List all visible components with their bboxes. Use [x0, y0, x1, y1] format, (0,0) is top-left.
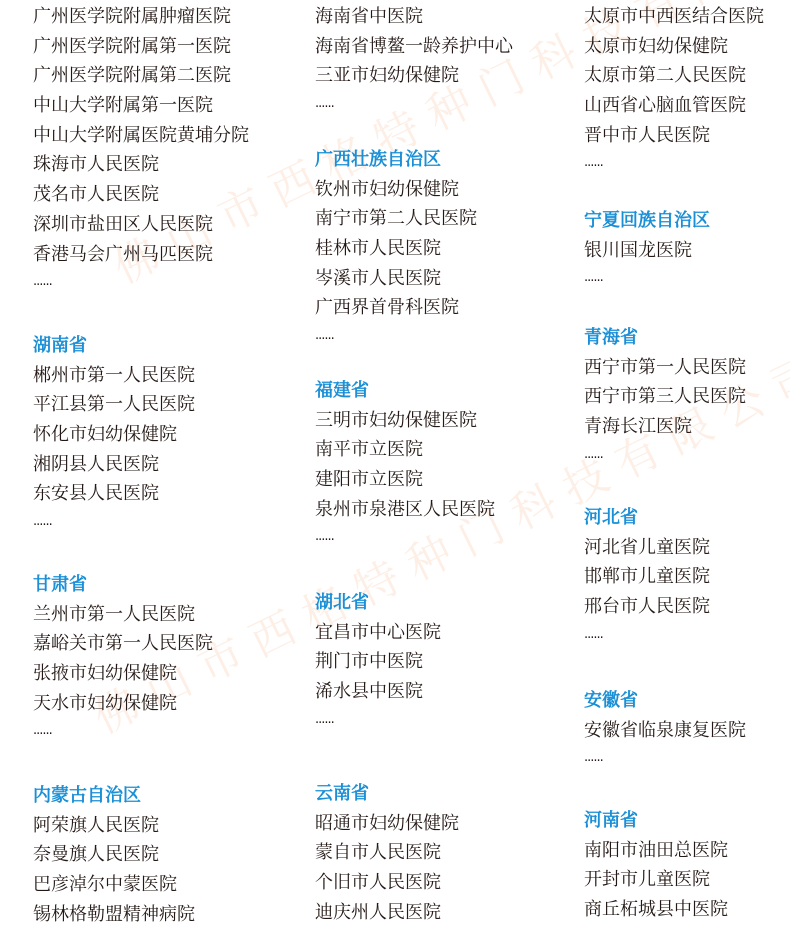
list-item: 海南省中医院 — [315, 2, 575, 32]
section-henan: 河南省 南阳市油田总医院 开封市儿童医院 商丘柘城县中医院 — [584, 806, 790, 925]
list-item: 三明市妇幼保健医院 — [315, 406, 575, 436]
more-ellipsis: ...... — [584, 442, 790, 472]
list-item: 商丘柘城县中医院 — [584, 895, 790, 925]
section-hainan: 海南省中医院 海南省博鳌一龄养护中心 三亚市妇幼保健院 ...... — [315, 2, 575, 121]
section-fujian: 福建省 三明市妇幼保健医院 南平市立医院 建阳市立医院 泉州市泉港区人民医院 .… — [315, 376, 575, 554]
list-item: 锡林格勒盟精神病院 — [33, 900, 293, 928]
province-heading: 湖北省 — [315, 588, 575, 618]
list-item: 南宁市第二人民医院 — [315, 204, 575, 234]
list-item: 广西界首骨科医院 — [315, 293, 575, 323]
list-item: 太原市第二人民医院 — [584, 61, 790, 91]
list-item: 开封市儿童医院 — [584, 865, 790, 895]
list-item: 西宁市第三人民医院 — [584, 382, 790, 412]
list-item: 青海长江医院 — [584, 412, 790, 442]
list-item: 张掖市妇幼保健院 — [33, 659, 293, 689]
list-item: 蒙自市人民医院 — [315, 838, 575, 868]
list-item: 迪庆州人民医院 — [315, 898, 575, 928]
list-item: 怀化市妇幼保健院 — [33, 420, 293, 450]
list-item: 太原市中西医结合医院 — [584, 2, 790, 32]
province-heading: 宁夏回族自治区 — [584, 206, 790, 236]
list-item: 邢台市人民医院 — [584, 592, 790, 622]
more-ellipsis: ...... — [584, 745, 790, 775]
list-item: 桂林市人民医院 — [315, 234, 575, 264]
list-item: 中山大学附属第一医院 — [33, 91, 293, 121]
list-item: 泉州市泉港区人民医院 — [315, 495, 575, 525]
list-item: 个旧市人民医院 — [315, 868, 575, 898]
list-item: 太原市妇幼保健院 — [584, 32, 790, 62]
list-item: 银川国龙医院 — [584, 236, 790, 266]
list-item: 平江县第一人民医院 — [33, 390, 293, 420]
list-item: 阿荣旗人民医院 — [33, 811, 293, 841]
list-item: 西宁市第一人民医院 — [584, 353, 790, 383]
list-item: 南阳市油田总医院 — [584, 836, 790, 866]
list-item: 湘阴县人民医院 — [33, 450, 293, 480]
list-item: 建阳市立医院 — [315, 465, 575, 495]
list-item: 广州医学院附属第一医院 — [33, 32, 293, 62]
section-qinghai: 青海省 西宁市第一人民医院 西宁市第三人民医院 青海长江医院 ...... — [584, 323, 790, 471]
more-ellipsis: ...... — [315, 323, 575, 353]
section-inner-mongolia: 内蒙古自治区 阿荣旗人民医院 奈曼旗人民医院 巴彦淖尔中蒙医院 锡林格勒盟精神病… — [33, 781, 293, 928]
list-item: 山西省心脑血管医院 — [584, 91, 790, 121]
province-heading: 甘肃省 — [33, 570, 293, 600]
list-item: 宜昌市中心医院 — [315, 618, 575, 648]
section-shanxi: 太原市中西医结合医院 太原市妇幼保健院 太原市第二人民医院 山西省心脑血管医院 … — [584, 2, 790, 180]
province-heading: 内蒙古自治区 — [33, 781, 293, 811]
list-item: 珠海市人民医院 — [33, 150, 293, 180]
list-item: 兰州市第一人民医院 — [33, 600, 293, 630]
list-item: 广州医学院附属肿瘤医院 — [33, 2, 293, 32]
section-anhui: 安徽省 安徽省临泉康复医院 ...... — [584, 686, 790, 775]
list-item: 天水市妇幼保健院 — [33, 689, 293, 719]
section-hebei: 河北省 河北省儿童医院 邯郸市儿童医院 邢台市人民医院 ...... — [584, 503, 790, 651]
list-item: 安徽省临泉康复医院 — [584, 716, 790, 746]
list-item: 浠水县中医院 — [315, 677, 575, 707]
more-ellipsis: ...... — [33, 509, 293, 539]
list-item: 钦州市妇幼保健院 — [315, 175, 575, 205]
section-gansu: 甘肃省 兰州市第一人民医院 嘉峪关市第一人民医院 张掖市妇幼保健院 天水市妇幼保… — [33, 570, 293, 748]
province-heading: 河北省 — [584, 503, 790, 533]
more-ellipsis: ...... — [315, 91, 575, 121]
province-heading: 湖南省 — [33, 331, 293, 361]
list-item: 巴彦淖尔中蒙医院 — [33, 870, 293, 900]
list-item: 广州医学院附属第二医院 — [33, 61, 293, 91]
list-item: 河北省儿童医院 — [584, 533, 790, 563]
list-item: 昭通市妇幼保健院 — [315, 809, 575, 839]
more-ellipsis: ...... — [584, 622, 790, 652]
list-item: 郴州市第一人民医院 — [33, 361, 293, 391]
list-item: 邯郸市儿童医院 — [584, 562, 790, 592]
section-hunan: 湖南省 郴州市第一人民医院 平江县第一人民医院 怀化市妇幼保健院 湘阴县人民医院… — [33, 331, 293, 539]
list-item: 茂名市人民医院 — [33, 180, 293, 210]
list-item: 南平市立医院 — [315, 435, 575, 465]
list-item: 香港马会广州马匹医院 — [33, 240, 293, 270]
province-heading: 福建省 — [315, 376, 575, 406]
province-heading: 广西壮族自治区 — [315, 145, 575, 175]
list-item: 奈曼旗人民医院 — [33, 840, 293, 870]
more-ellipsis: ...... — [315, 524, 575, 554]
list-item: 中山大学附属医院黄埔分院 — [33, 121, 293, 151]
section-guangdong: 广州医学院附属肿瘤医院 广州医学院附属第一医院 广州医学院附属第二医院 中山大学… — [33, 2, 293, 299]
list-item: 三亚市妇幼保健院 — [315, 61, 575, 91]
list-item: 岑溪市人民医院 — [315, 264, 575, 294]
list-item: 海南省博鳌一龄养护中心 — [315, 32, 575, 62]
section-yunnan: 云南省 昭通市妇幼保健院 蒙自市人民医院 个旧市人民医院 迪庆州人民医院 — [315, 779, 575, 927]
list-item: 嘉峪关市第一人民医院 — [33, 629, 293, 659]
province-heading: 云南省 — [315, 779, 575, 809]
province-heading: 河南省 — [584, 806, 790, 836]
province-heading: 安徽省 — [584, 686, 790, 716]
more-ellipsis: ...... — [33, 269, 293, 299]
more-ellipsis: ...... — [584, 150, 790, 180]
section-ningxia: 宁夏回族自治区 银川国龙医院 ...... — [584, 206, 790, 295]
list-item: 荆门市中医院 — [315, 647, 575, 677]
section-hubei: 湖北省 宜昌市中心医院 荆门市中医院 浠水县中医院 ...... — [315, 588, 575, 736]
section-guangxi: 广西壮族自治区 钦州市妇幼保健院 南宁市第二人民医院 桂林市人民医院 岑溪市人民… — [315, 145, 575, 353]
more-ellipsis: ...... — [315, 707, 575, 737]
list-item: 晋中市人民医院 — [584, 121, 790, 151]
more-ellipsis: ...... — [584, 265, 790, 295]
province-heading: 青海省 — [584, 323, 790, 353]
list-item: 东安县人民医院 — [33, 479, 293, 509]
more-ellipsis: ...... — [33, 718, 293, 748]
list-item: 深圳市盐田区人民医院 — [33, 210, 293, 240]
